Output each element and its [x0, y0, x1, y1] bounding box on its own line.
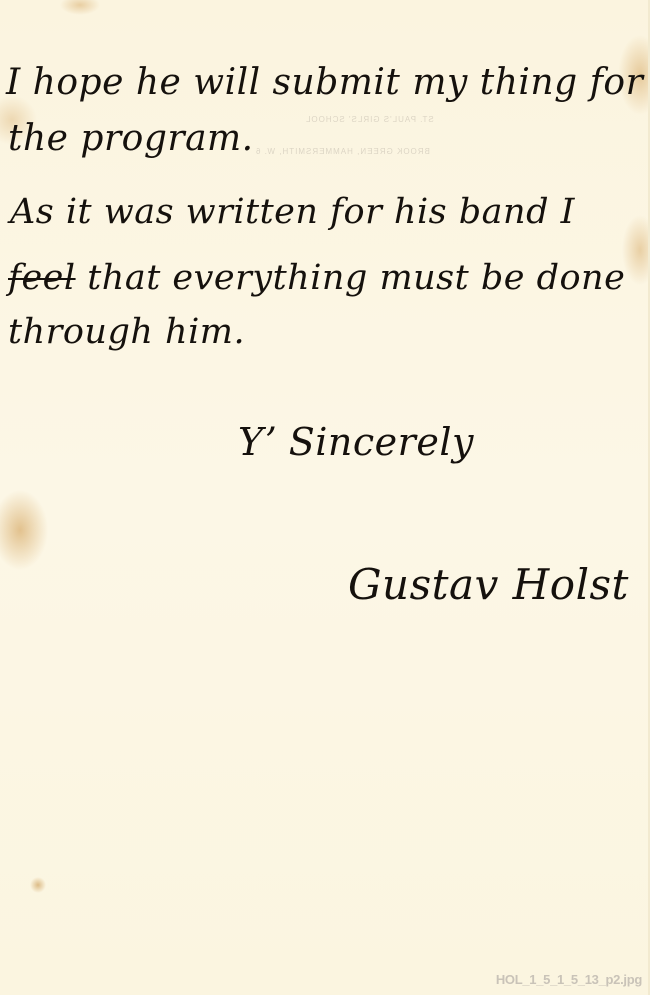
file-label: HOL_1_5_1_5_13_p2.jpg — [496, 972, 642, 987]
letter-page: ST. PAUL'S GIRLS' SCHOOL BROOK GREEN, HA… — [0, 0, 650, 995]
letter-line-4-rest: that everything must be done — [87, 258, 625, 298]
letter-closing: Yʼ Sincerely — [238, 420, 474, 464]
letter-line-1: I hope he will submit my thing for — [6, 62, 643, 103]
signature: Gustav Holst — [348, 560, 629, 609]
bleedthrough-text — [20, 380, 26, 404]
letterhead-bleedthrough-line-1: ST. PAUL'S GIRLS' SCHOOL — [305, 115, 434, 124]
struck-word: feel — [8, 258, 76, 298]
letterhead-bleedthrough-line-2: BROOK GREEN, HAMMERSMITH, W. 6 — [255, 147, 430, 156]
letter-line-3: As it was written for his band I — [10, 192, 575, 232]
letter-line-5: through him. — [8, 312, 245, 352]
letter-line-2: the program. — [8, 118, 254, 159]
letter-line-4: feel that everything must be done — [8, 258, 625, 298]
